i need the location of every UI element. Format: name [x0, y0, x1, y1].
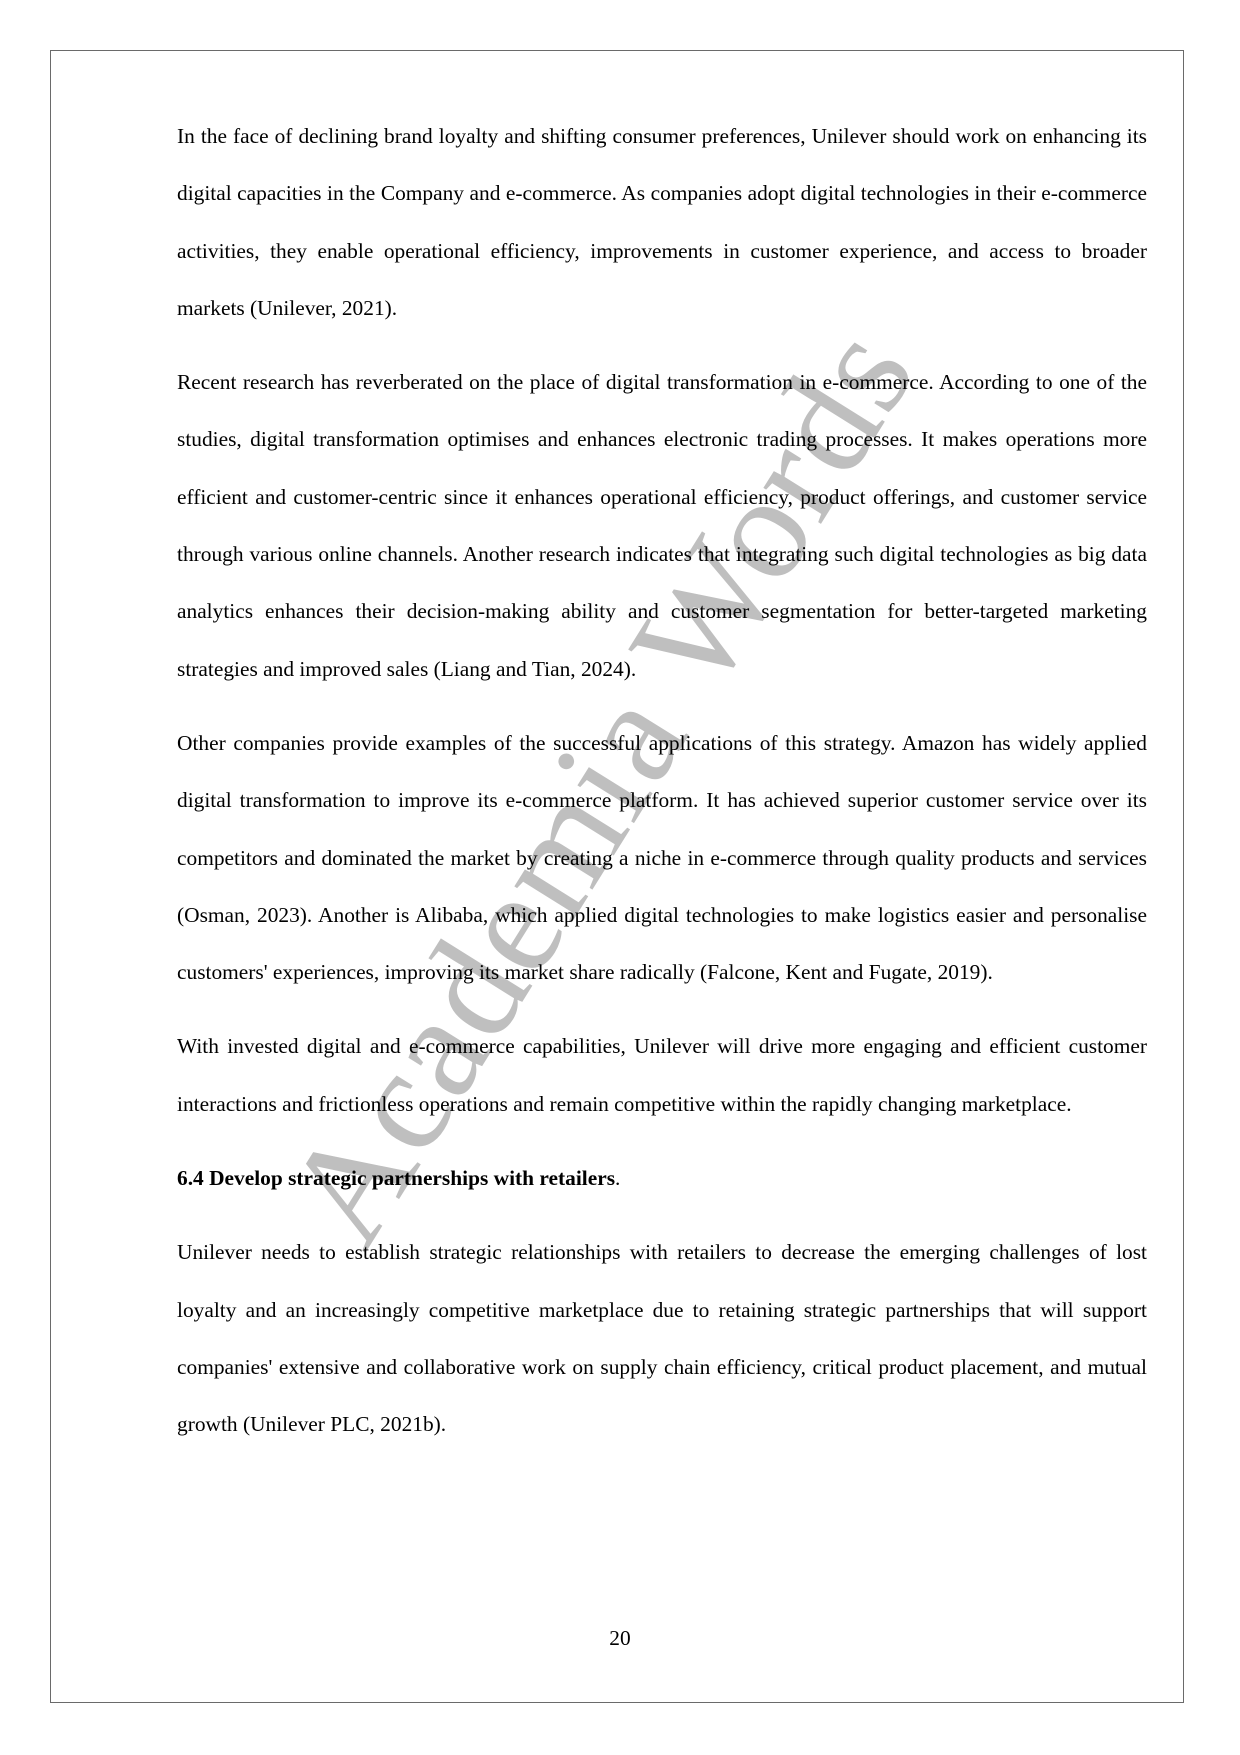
page-number: 20: [0, 1626, 1240, 1651]
paragraph-digital-capacities: In the face of declining brand loyalty a…: [177, 108, 1147, 337]
section-heading-title: 6.4 Develop strategic partnerships with …: [177, 1166, 615, 1190]
section-heading: 6.4 Develop strategic partnerships with …: [177, 1150, 1147, 1207]
paragraph-strategic-relationships: Unilever needs to establish strategic re…: [177, 1224, 1147, 1453]
paragraph-other-companies: Other companies provide examples of the …: [177, 715, 1147, 1001]
section-heading-period: .: [615, 1166, 620, 1190]
paragraph-invested-capabilities: With invested digital and e-commerce cap…: [177, 1018, 1147, 1133]
page-content: In the face of declining brand loyalty a…: [177, 108, 1147, 1471]
paragraph-recent-research: Recent research has reverberated on the …: [177, 354, 1147, 698]
